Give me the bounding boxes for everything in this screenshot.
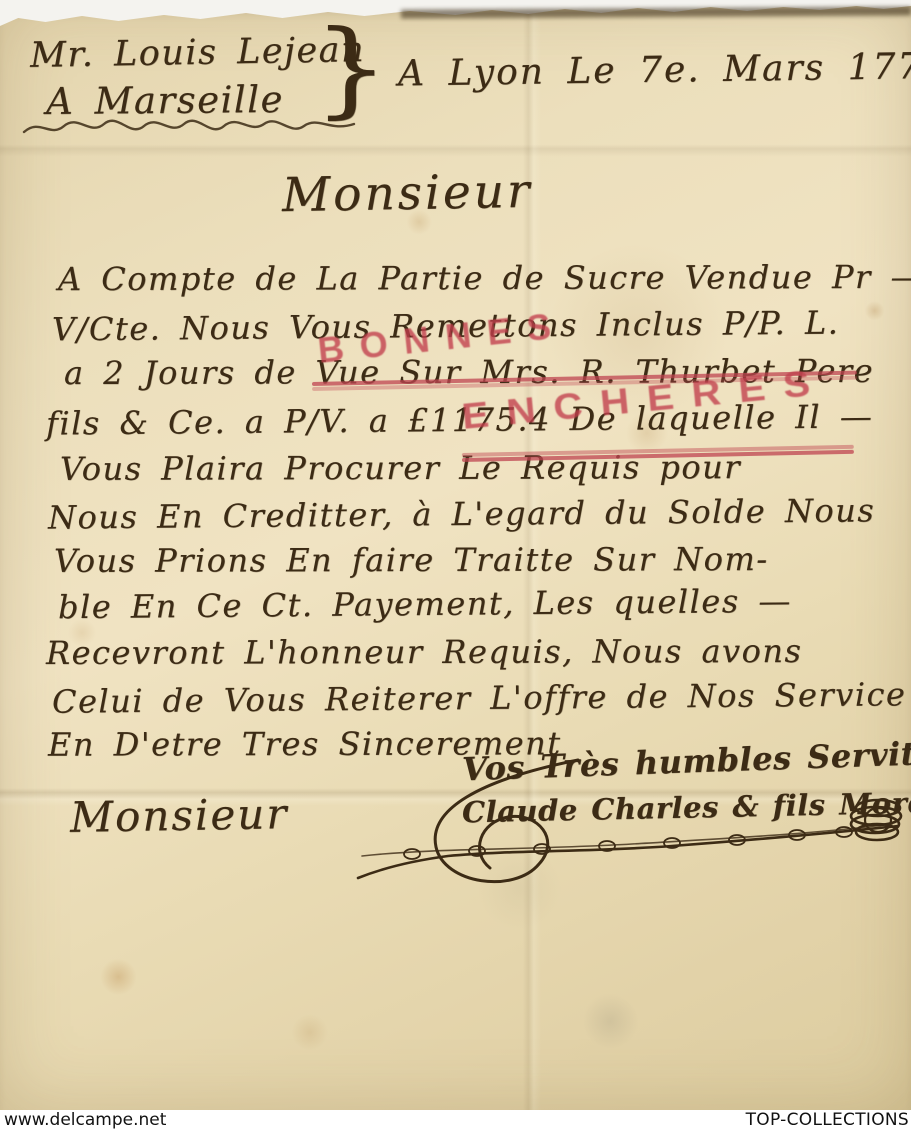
- scanned-letter-image: Mr. Louis Lejean A Marseille } A Lyon Le…: [0, 0, 911, 1131]
- watermark-seller-name: TOP-COLLECTIONS: [746, 1110, 909, 1130]
- dateline: A Lyon Le 7e. Mars 1775 ——: [398, 47, 911, 92]
- salutation: Monsieur: [282, 168, 533, 219]
- body-line-8: ble En Ce Ct. Payement, Les quelles —: [58, 585, 792, 623]
- body-line-1: A Compte de La Partie de Sucre Vendue Pr…: [58, 261, 911, 295]
- watermark-bar: www.delcampe.net TOP-COLLECTIONS: [0, 1110, 911, 1131]
- recipient-brace: }: [313, 16, 389, 120]
- watermark-site-url: www.delcampe.net: [4, 1110, 166, 1130]
- recipient-underline-flourish: [20, 114, 360, 142]
- body-line-6: Nous En Creditter, à L'egard du Solde No…: [48, 494, 875, 533]
- signature-flourish: [352, 790, 911, 900]
- body-line-10: Celui de Vous Reiterer L'offre de Nos Se…: [52, 678, 907, 717]
- body-line-7: Vous Prions En faire Traitte Sur Nom-: [54, 543, 769, 577]
- closing-monsieur: Monsieur: [70, 793, 289, 839]
- body-line-9: Recevront L'honneur Requis, Nous avons: [46, 635, 802, 669]
